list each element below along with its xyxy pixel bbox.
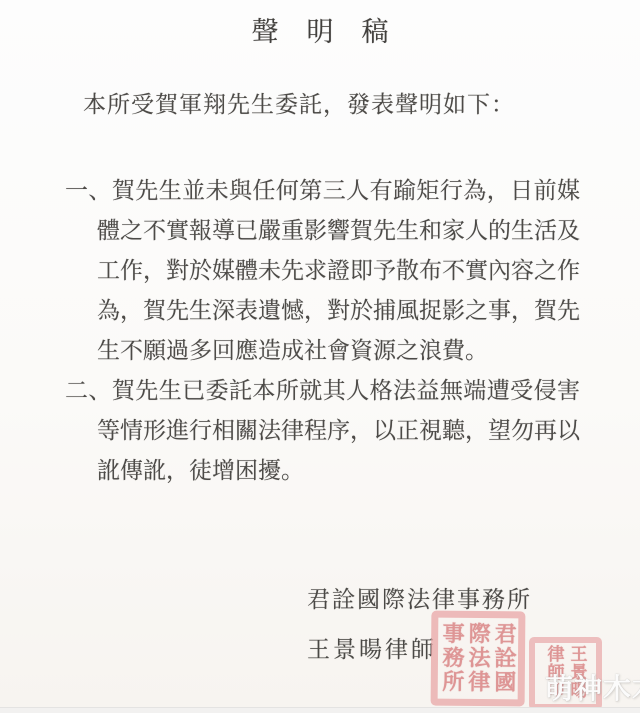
- item-1-marker: 一、: [65, 178, 112, 203]
- statement-document-page: 聲明稿 本所受賀軍翔先生委託，發表聲明如下： 一、賀先生並未與任何第三人有踰矩行…: [0, 0, 640, 713]
- intro-line: 本所受賀軍翔先生委託，發表聲明如下：: [83, 86, 515, 119]
- item-2-text: 賀先生已委託本所就其人格法益無端遭受侵害等情形進行相關法律程序，以正視聽，望勿再…: [97, 378, 580, 483]
- document-title: 聲明稿: [0, 10, 640, 49]
- watermark-text: 萌神木木: [545, 667, 640, 707]
- law-firm-name: 君詮國際法律事務所: [307, 581, 532, 614]
- firm-seal-stamp-icon: 君詮國際法律事務所: [431, 611, 526, 707]
- item-2-marker: 二、: [65, 378, 112, 403]
- statement-items: 一、賀先生並未與任何第三人有踰矩行為，日前媒體之不實報導已嚴重影響賀先生和家人的…: [65, 171, 580, 491]
- statement-item-1: 一、賀先生並未與任何第三人有踰矩行為，日前媒體之不實報導已嚴重影響賀先生和家人的…: [65, 171, 580, 371]
- firm-seal-text: 君詮國際法律事務所: [439, 621, 518, 696]
- bottom-edge-strip: [0, 707, 640, 713]
- statement-item-2: 二、賀先生已委託本所就其人格法益無端遭受侵害等情形進行相關法律程序，以正視聽，望…: [65, 371, 580, 491]
- item-1-text: 賀先生並未與任何第三人有踰矩行為，日前媒體之不實報導已嚴重影響賀先生和家人的生活…: [97, 178, 580, 363]
